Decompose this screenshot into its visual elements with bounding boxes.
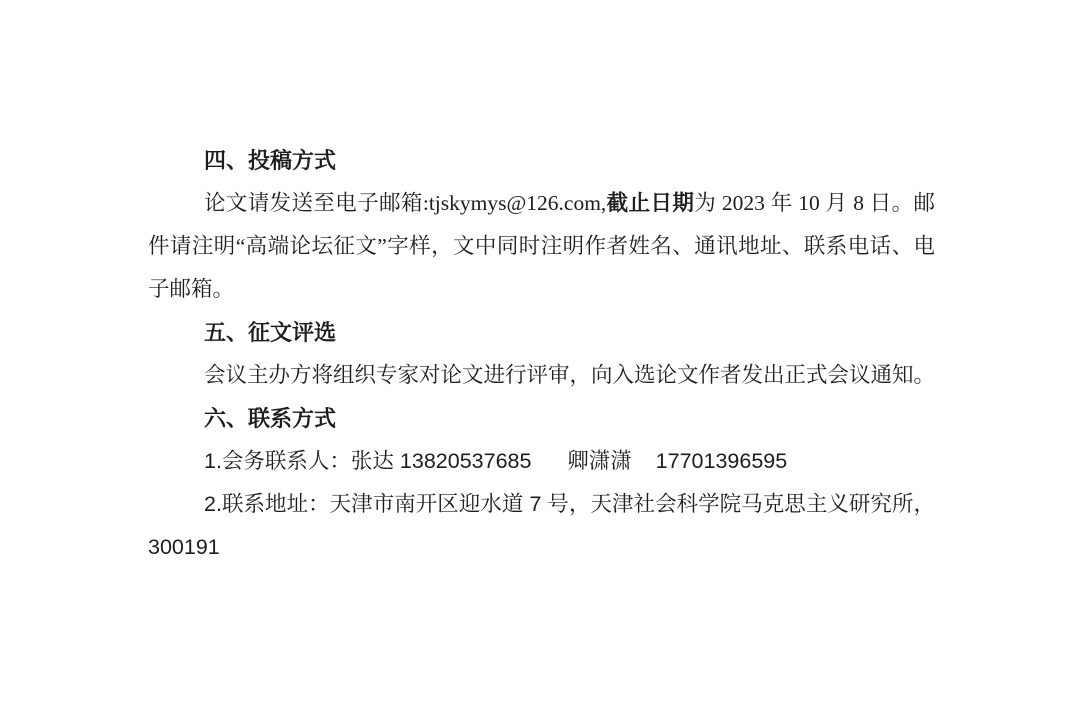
text-segment-email: 论文请发送至电子邮箱:tjskymys@126.com, [204, 191, 606, 215]
deadline-label-bold: 截止日期 [606, 191, 694, 215]
section-heading-contact: 六、联系方式 [148, 397, 935, 440]
paragraph-selection: 会议主办方将组织专家对论文进行评审，向入选论文作者发出正式会议通知。 [148, 354, 935, 397]
section-contact-info: 六、联系方式 1.会务联系人：张达 13820537685 卿潇潇 177013… [148, 397, 935, 569]
document-page: 四、投稿方式 论文请发送至电子邮箱:tjskymys@126.com,截止日期为… [0, 0, 1080, 705]
section-heading-selection: 五、征文评选 [148, 311, 935, 354]
section-submission-method: 四、投稿方式 论文请发送至电子邮箱:tjskymys@126.com,截止日期为… [148, 139, 935, 311]
section-heading-submission: 四、投稿方式 [148, 139, 935, 182]
section-paper-selection: 五、征文评选 会议主办方将组织专家对论文进行评审，向入选论文作者发出正式会议通知… [148, 311, 935, 397]
paragraph-submission: 论文请发送至电子邮箱:tjskymys@126.com,截止日期为 2023 年… [148, 182, 935, 311]
contact-address-line: 2.联系地址：天津市南开区迎水道 7 号，天津社会科学院马克思主义研究所，300… [148, 483, 935, 569]
contact-persons-line: 1.会务联系人：张达 13820537685 卿潇潇 17701396595 [148, 440, 935, 483]
